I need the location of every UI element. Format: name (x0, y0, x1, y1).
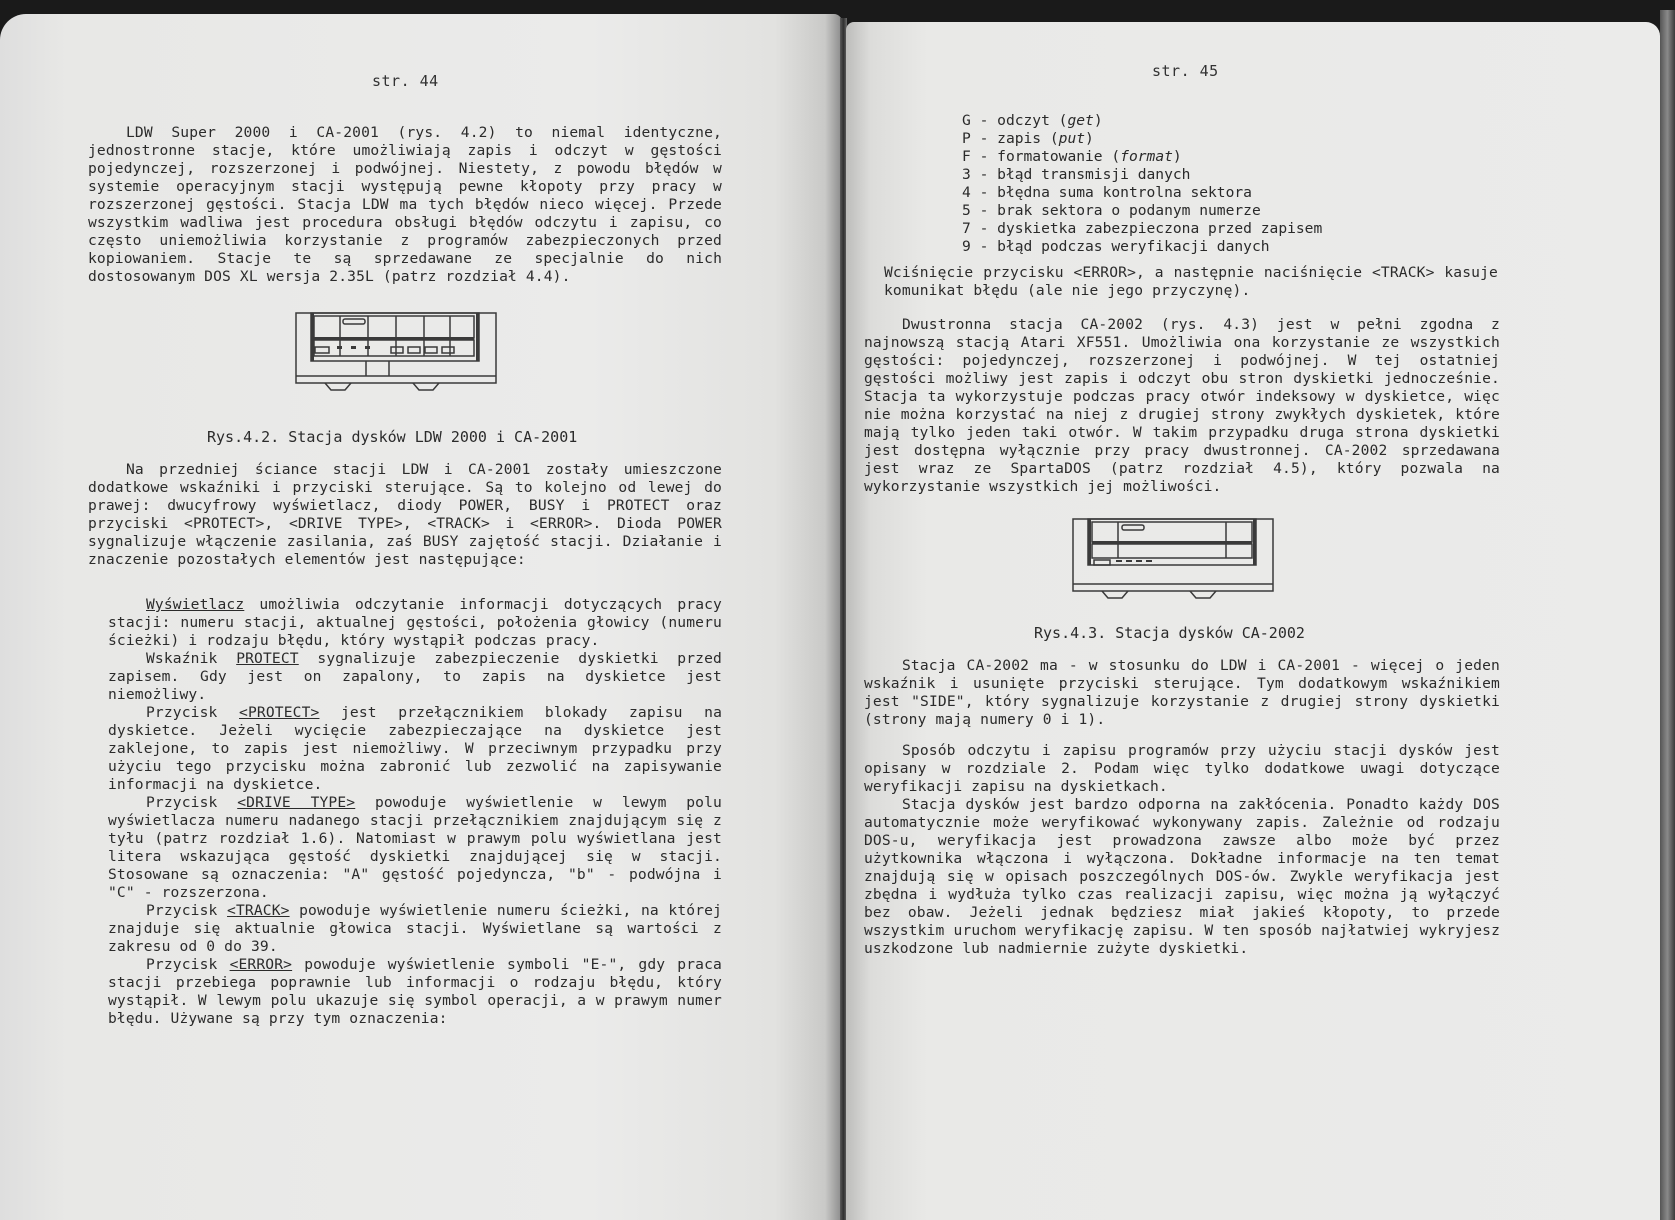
element-track-button: Przycisk <TRACK> powoduje wyświetlenie n… (108, 902, 722, 956)
error-code-item: 9 - błąd podczas weryfikacji danych (962, 238, 1322, 256)
error-code-item: F - formatowanie (format) (962, 148, 1322, 166)
error-code-item: P - zapis (put) (962, 130, 1322, 148)
error-code-item: 4 - błędna suma kontrolna sektora (962, 184, 1322, 202)
element-error-button: Przycisk <ERROR> powoduje wyświetlenie s… (108, 956, 722, 1028)
error-code-item: 7 - dyskietka zabezpieczona przed zapise… (962, 220, 1322, 238)
page-stack-edge (1660, 10, 1675, 1220)
method-paragraph: Sposób odczytu i zapisu programów przy u… (864, 742, 1500, 796)
error-reset-note: Wciśnięcie przycisku <ERROR>, a następni… (884, 264, 1498, 300)
error-code-item: 5 - brak sektora o podanym numerze (962, 202, 1322, 220)
error-code-item: G - odczyt (get) (962, 112, 1322, 130)
figure-caption-4-2: Rys.4.2. Stacja dysków LDW 2000 i CA-200… (207, 428, 577, 446)
error-code-list: G - odczyt (get) P - zapis (put) F - for… (962, 112, 1322, 256)
front-panel-paragraph: Na przedniej ściance stacji LDW i CA-200… (88, 461, 722, 569)
side-indicator-paragraph: Stacja CA-2002 ma - w stosunku do LDW i … (864, 657, 1500, 729)
error-code-item: 3 - błąd transmisji danych (962, 166, 1322, 184)
disk-drive-ca-2002-illustration (1070, 516, 1276, 604)
front-panel-elements: Wyświetlacz umożliwia odczytanie informa… (108, 596, 722, 1028)
element-drive-type-button: Przycisk <DRIVE TYPE> powoduje wyświetle… (108, 794, 722, 902)
figure-caption-4-3: Rys.4.3. Stacja dysków CA-2002 (1034, 624, 1305, 642)
page-number-right: str. 45 (1152, 62, 1219, 80)
left-page: str. 44 LDW Super 2000 i CA-2001 (rys. 4… (0, 14, 842, 1220)
right-page: str. 45 G - odczyt (get) P - zapis (put)… (846, 22, 1660, 1220)
ca2002-paragraph: Dwustronna stacja CA-2002 (rys. 4.3) jes… (864, 316, 1500, 496)
element-protect-button: Przycisk <PROTECT> jest przełącznikiem b… (108, 704, 722, 794)
verification-paragraph: Stacja dysków jest bardzo odporna na zak… (864, 796, 1500, 958)
element-protect-led: Wskaźnik PROTECT sygnalizuje zabezpiecze… (108, 650, 722, 704)
disk-drive-ldw-2000-illustration (293, 310, 499, 392)
page-number-left: str. 44 (372, 72, 439, 90)
element-display: Wyświetlacz umożliwia odczytanie informa… (108, 596, 722, 650)
intro-paragraph: LDW Super 2000 i CA-2001 (rys. 4.2) to n… (88, 124, 722, 286)
